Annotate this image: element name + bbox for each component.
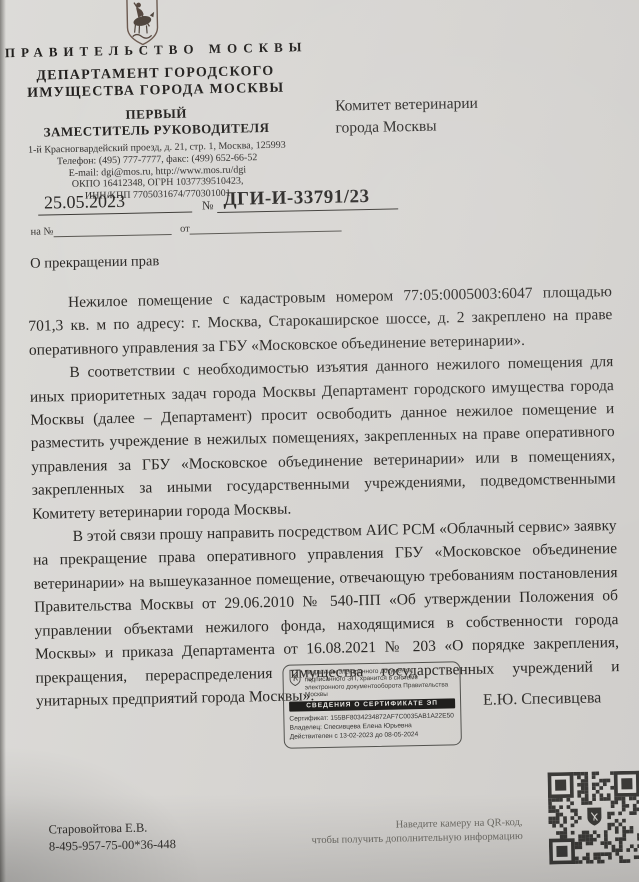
reply-reference-row: на № от <box>30 221 341 238</box>
stamp-header-text: Подлинник электронного документа, подпис… <box>304 666 455 699</box>
subject-line: О прекращении прав <box>30 253 159 273</box>
qr-caption: Наведите камеру на QR-код, чтобы получит… <box>232 816 522 849</box>
signatory-name: Е.Ю. Спесивцева <box>483 689 602 709</box>
paragraph: В соответствии с необходимостью изъятия … <box>29 350 616 526</box>
qr-code <box>548 771 639 865</box>
letterhead: ПРАВИТЕЛЬСТВО МОСКВЫ ДЕПАРТАМЕНТ ГОРОДСК… <box>5 39 308 204</box>
paragraph: Нежилое помещение с кадастровым номером … <box>28 280 613 362</box>
official-position: ПЕРВЫЙ ЗАМЕСТИТЕЛЬ РУКОВОДИТЕЛЯ <box>6 103 307 140</box>
government-title: ПРАВИТЕЛЬСТВО МОСКВЫ <box>5 39 305 61</box>
reply-number-blank <box>53 224 171 237</box>
letter-body: Нежилое помещение с кадастровым номером … <box>28 280 620 713</box>
moscow-coat-of-arms-icon <box>288 669 301 686</box>
scan-tilt-wrapper: ПРАВИТЕЛЬСТВО МОСКВЫ ДЕПАРТАМЕНТ ГОРОДСК… <box>0 0 639 882</box>
letter-date: 25.05.2023 <box>38 190 192 216</box>
letter-number: ДГИ-И-33791/23 <box>217 185 398 213</box>
stamp-details: Сертификат: 155BF8034234872AF7C0035AB1A2… <box>289 711 456 741</box>
recipient-block: Комитет ветеринарии города Москвы <box>335 93 479 139</box>
department-title: ДЕПАРТАМЕНТ ГОРОДСКОГО ИМУЩЕСТВА ГОРОДА … <box>5 63 306 102</box>
recipient-line1: Комитет ветеринарии <box>335 93 478 117</box>
number-sign: № <box>202 198 214 213</box>
executor-block: Старовойтова Е.В. 8-495-957-75-00*36-448 <box>48 819 176 855</box>
reply-number-label: на № <box>30 226 53 237</box>
reply-date-label: от <box>180 224 190 235</box>
executor-phone: 8-495-957-75-00*36-448 <box>49 835 176 854</box>
electronic-signature-stamp: Подлинник электронного документа, подпис… <box>282 661 462 749</box>
stamp-bar-title: СВЕДЕНИЯ О СЕРТИФИКАТЕ ЭП <box>289 698 455 711</box>
reply-date-blank <box>190 221 342 235</box>
scanned-letter-page: ПРАВИТЕЛЬСТВО МОСКВЫ ДЕПАРТАМЕНТ ГОРОДСК… <box>0 0 639 882</box>
stamp-header: Подлинник электронного документа, подпис… <box>288 666 455 699</box>
recipient-line2: города Москвы <box>335 114 478 138</box>
